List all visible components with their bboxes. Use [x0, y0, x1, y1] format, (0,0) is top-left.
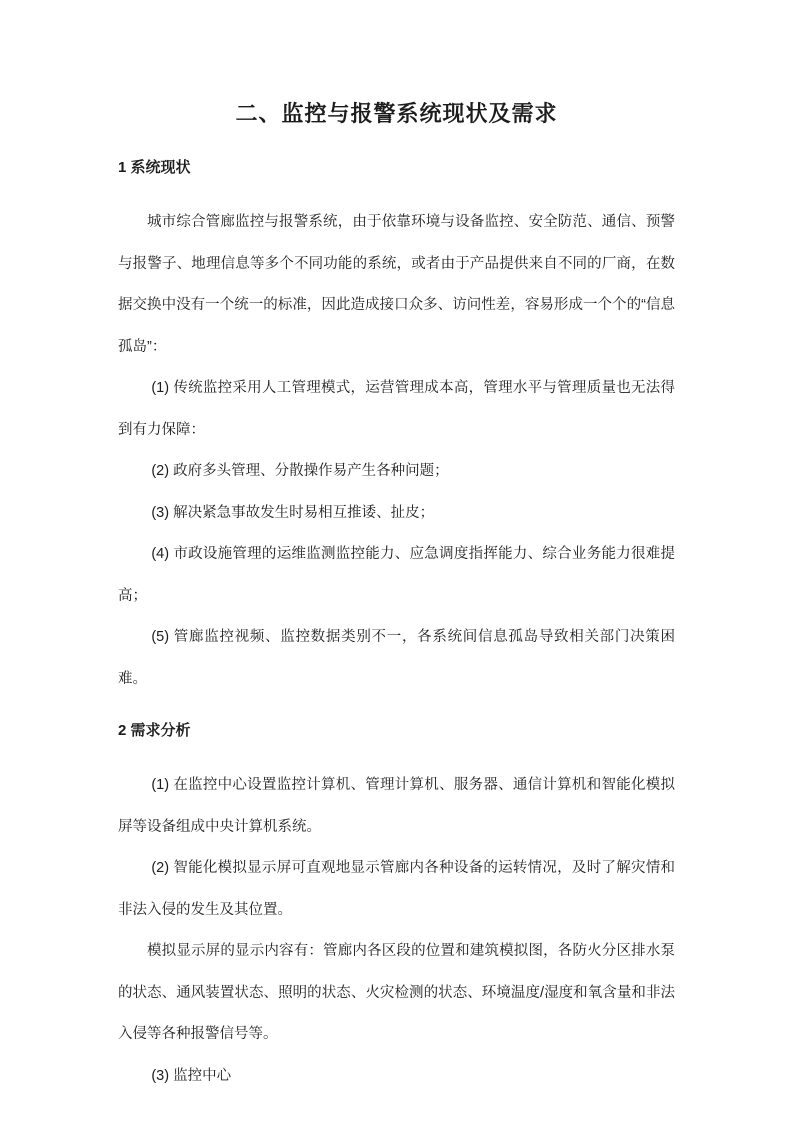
list-item: (3) 解决紧急事故发生时易相互推诿、扯皮；	[118, 493, 675, 535]
section-heading-system-status: 1 系统现状	[118, 157, 675, 178]
list-item: (2) 政府多头管理、分散操作易产生各种问题；	[118, 451, 675, 493]
list-item: (5) 管廊监控视频、监控数据类别不一，各系统间信息孤岛导致相关部门决策困难。	[118, 617, 675, 700]
list-item: (1) 在监控中心设置监控计算机、管理计算机、服务器、通信计算机和智能化模拟屏等…	[118, 765, 675, 848]
document-title: 二、监控与报警系统现状及需求	[118, 99, 675, 129]
list-item: (1) 传统监控采用人工管理模式，运营管理成本高，管理水平与管理质量也无法得到有…	[118, 368, 675, 451]
list-item: (3) 监控中心	[118, 1056, 675, 1098]
paragraph: 城市综合管廊监控与报警系统，由于依靠环境与设备监控、安全防范、通信、预警与报警子…	[118, 202, 675, 368]
list-item: (2) 智能化模拟显示屏可直观地显示管廊内各种设备的运转情况，及时了解灾情和非法…	[118, 848, 675, 931]
section-heading-requirement-analysis: 2 需求分析	[118, 720, 675, 741]
list-item: (4) 市政设施管理的运维监测监控能力、应急调度指挥能力、综合业务能力很难提高；	[118, 534, 675, 617]
document-page: 二、监控与报警系统现状及需求 1 系统现状 城市综合管廊监控与报警系统，由于依靠…	[0, 0, 793, 1122]
paragraph: 模拟显示屏的显示内容有：管廊内各区段的位置和建筑模拟图，各防火分区排水泵的状态、…	[118, 931, 675, 1056]
